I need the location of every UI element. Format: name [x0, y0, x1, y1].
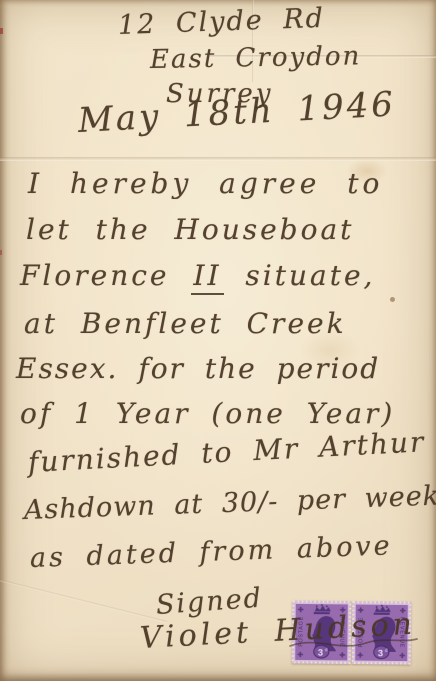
date-line: May 18th 1946: [77, 84, 397, 141]
address-line-1: 12 Clyde Rd: [117, 3, 325, 41]
body-line: as dated from above: [29, 530, 393, 574]
body-line: Florence II situate,: [20, 259, 375, 295]
paper-crease: [0, 157, 436, 161]
body-line-text: situate,: [245, 259, 375, 292]
paper-speck: [0, 250, 2, 255]
denomination-unit: d: [325, 647, 328, 653]
body-line-text: Florence: [20, 259, 169, 292]
body-line: at Benfleet Creek: [24, 307, 347, 340]
address-line-2: East Croydon: [150, 41, 362, 75]
paper-crease: [0, 575, 167, 623]
denomination-unit: d: [385, 648, 388, 654]
body-line: furnished to Mr Arthur: [27, 425, 426, 479]
body-line: let the Houseboat: [26, 213, 354, 246]
body-line: of 1 Year (one Year): [20, 397, 395, 430]
body-line: Ashdown at 30/- per week: [23, 480, 436, 526]
denomination-digit: 3: [318, 647, 323, 658]
paper-speck: [0, 28, 3, 34]
body-line: I hereby agree to: [28, 167, 383, 200]
houseboat-numeral: II: [191, 259, 223, 295]
body-line: Essex. for the period: [16, 352, 380, 385]
paper-stain: [390, 297, 395, 302]
letter-scan: 12 Clyde Rd East Croydon Surrey May 18th…: [0, 0, 436, 681]
denomination-digit: 3: [378, 648, 383, 659]
